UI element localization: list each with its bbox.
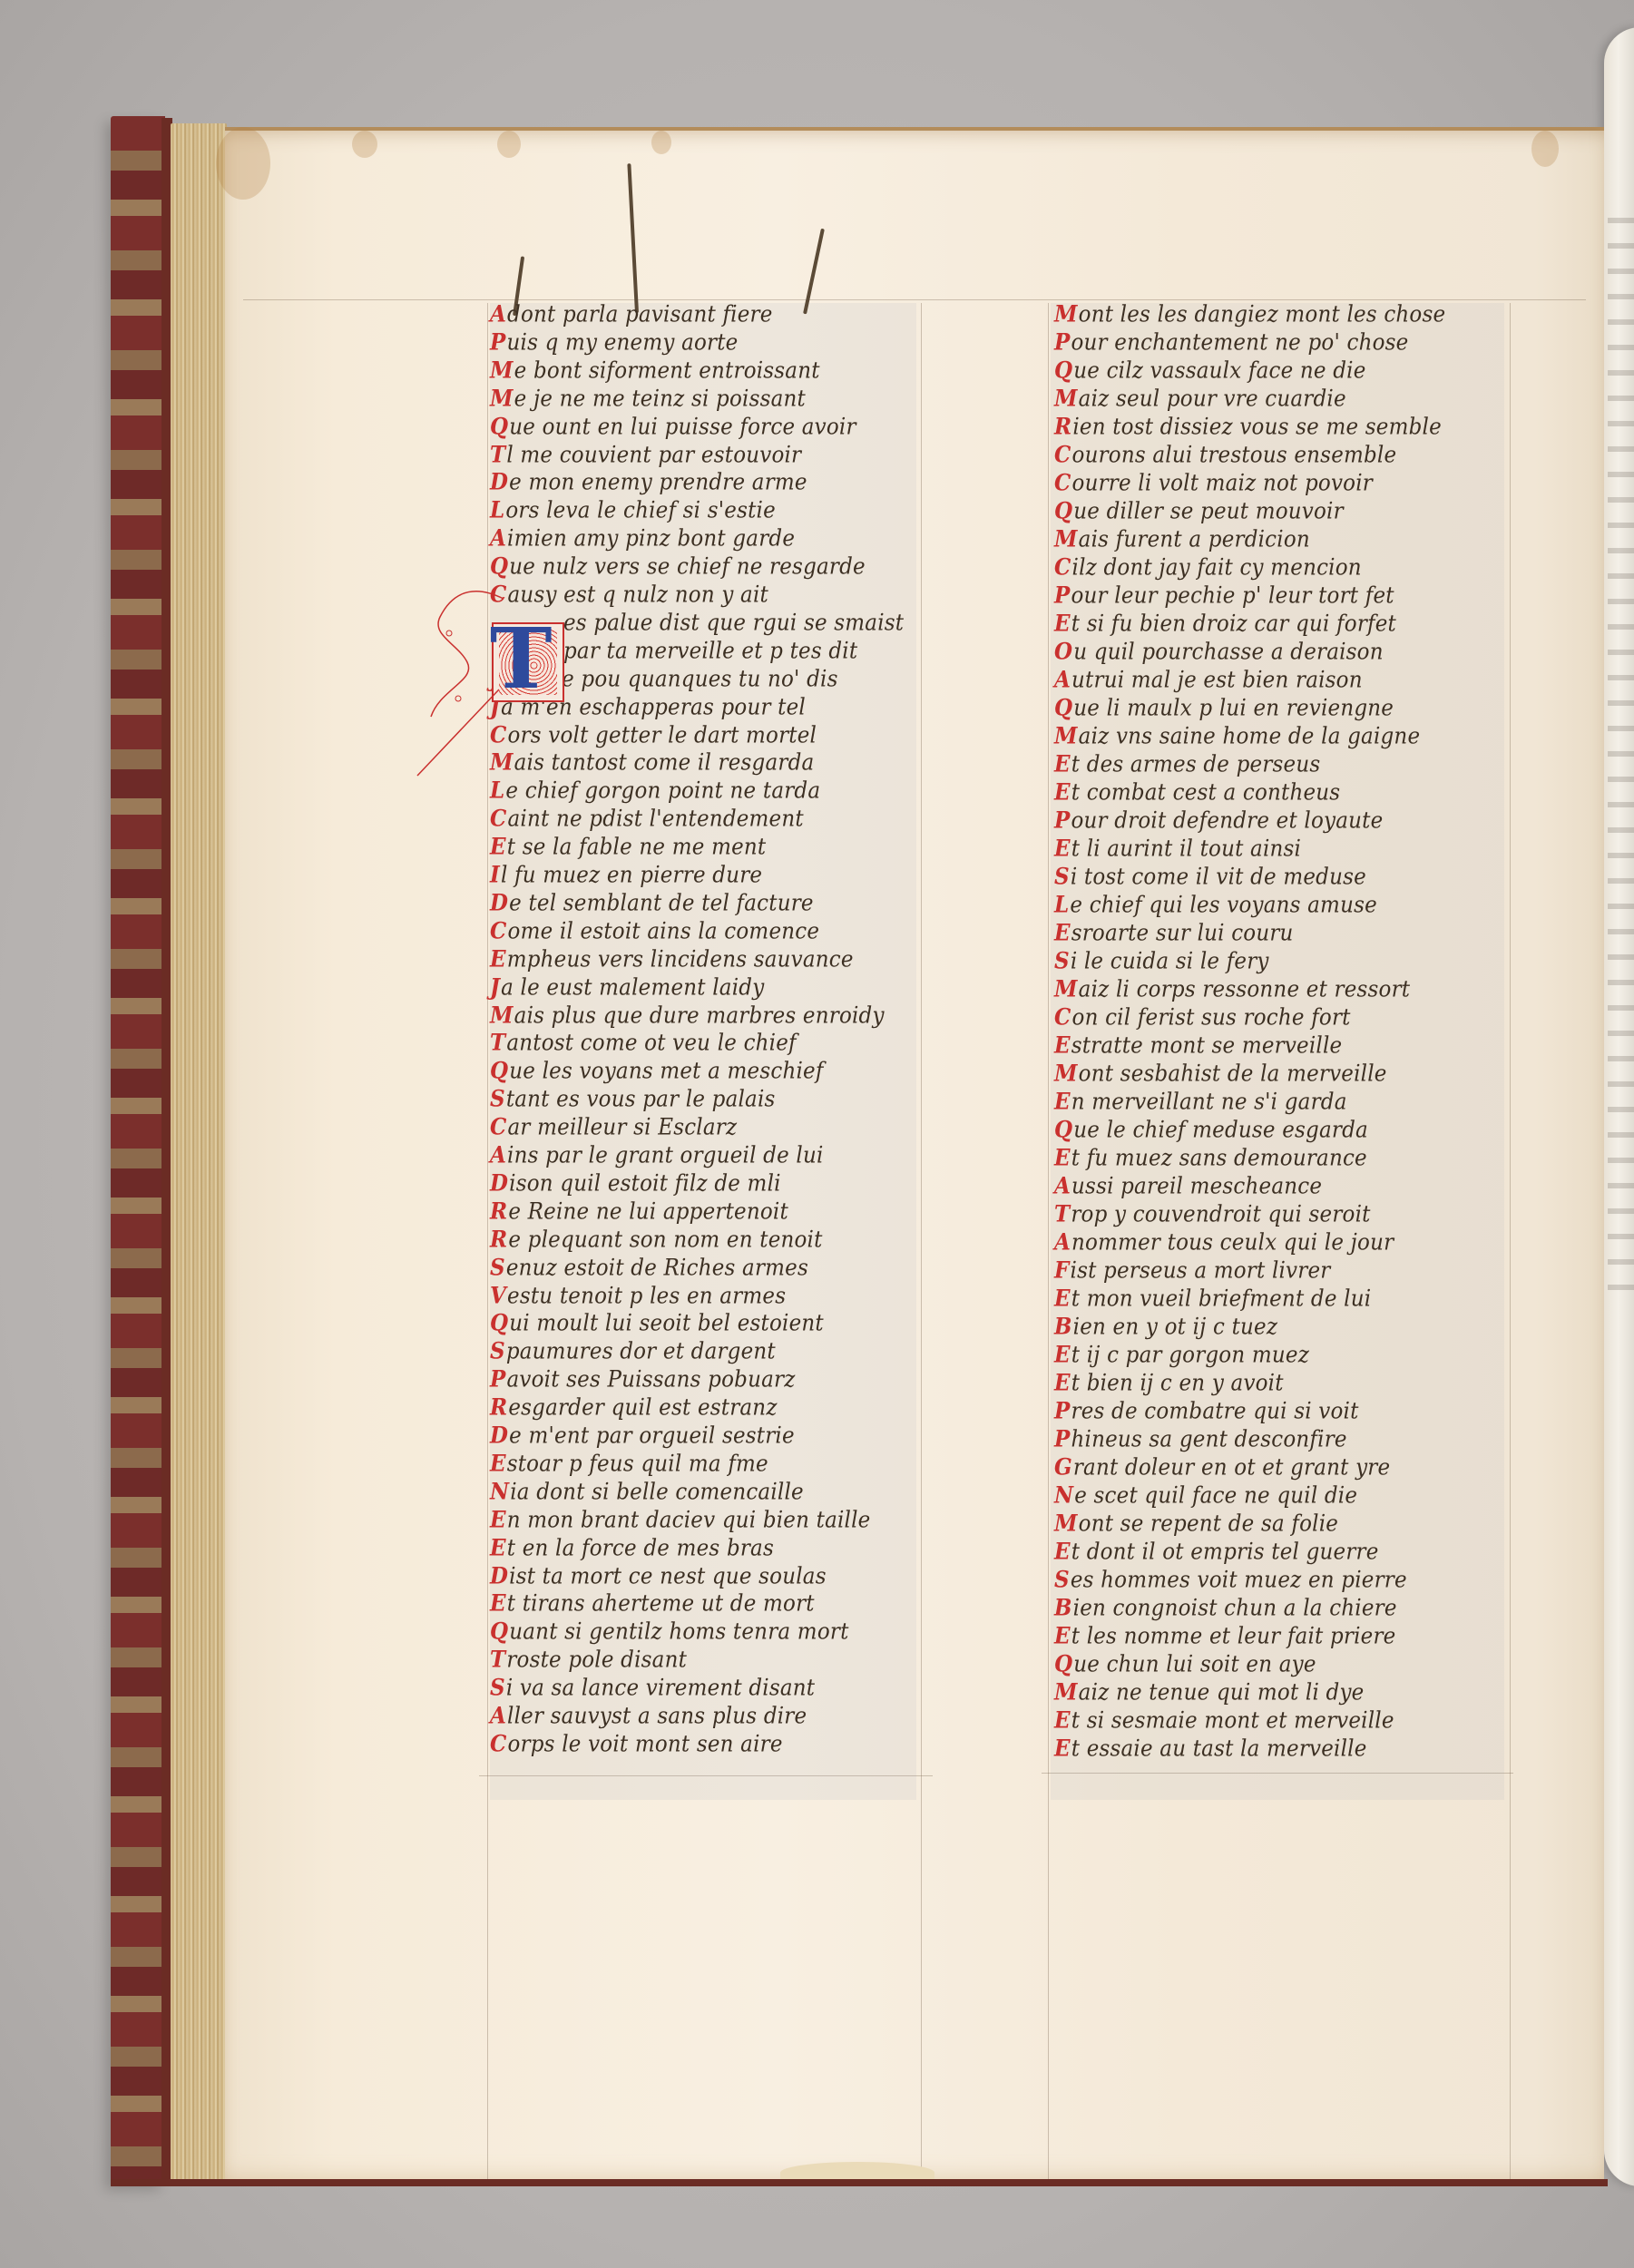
verse-line: Que li maulx p lui en reviengne: [1054, 694, 1394, 723]
verse-text: t li aurint il tout ainsi: [1071, 836, 1301, 862]
rubricated-initial: T: [1054, 1201, 1070, 1227]
verse-line: Que chun lui soit en aye: [1054, 1650, 1316, 1679]
verse-line: Que cilz vassaulx face ne die: [1054, 357, 1366, 386]
verse-text: hineus sa gent desconfire: [1071, 1427, 1347, 1452]
rubricated-initial: E: [490, 1507, 506, 1533]
verse-line: Et en la force de mes bras: [490, 1533, 774, 1562]
rubricated-initial: C: [490, 1114, 507, 1140]
verse-line: Spaumures dor et dargent: [490, 1337, 776, 1366]
rubricated-initial: E: [1054, 611, 1071, 637]
verse-text: t si fu bien droiz car qui forfet: [1071, 611, 1396, 637]
verse-line: Dison quil estoit filz de mli: [490, 1169, 781, 1198]
verse-line: Pour droit defendre et loyaute: [1054, 807, 1383, 836]
verse-text: stratte mont se merveille: [1071, 1033, 1343, 1059]
verse-line: Troste pole disant: [490, 1646, 687, 1675]
verse-line: Et tirans aherteme ut de mort: [490, 1589, 815, 1618]
verse-text: ia dont si belle comencaille: [510, 1480, 804, 1505]
rubricated-initial: C: [1054, 470, 1071, 496]
verse-text: roste pole disant: [506, 1647, 687, 1673]
verse-text: ue li maulx p lui en reviengne: [1073, 696, 1394, 721]
rubricated-initial: M: [1054, 723, 1078, 749]
verse-text: mpheus vers lincidens sauvance: [507, 947, 854, 973]
right-text-column: Mont les les dangiez mont les chosePour …: [1054, 301, 1526, 1771]
verse-text: orps le voit mont sen aire: [508, 1732, 783, 1757]
verse-text: e Reine ne lui appertenoit: [508, 1199, 788, 1225]
verse-line: Bien congnoist chun a la chiere: [1054, 1594, 1397, 1623]
rubricated-initial: T: [490, 441, 505, 467]
rubricated-initial: B: [1054, 1314, 1072, 1340]
ruling-line: [1048, 303, 1049, 2181]
verse-text: avoit ses Puissans pobuarz: [507, 1367, 796, 1393]
verse-line: Que nulz vers se chief ne resgarde: [490, 552, 866, 582]
verse-line: Mais furent a perdicion: [1054, 525, 1310, 554]
verse-text: t mon vueil briefment de lui: [1071, 1286, 1372, 1312]
rubricated-initial: M: [1054, 301, 1078, 327]
rubricated-initial: P: [490, 1366, 506, 1393]
verse-line: Cors volt getter le dart mortel: [490, 720, 817, 749]
verse-line: par ta merveille et p tes dit: [563, 637, 857, 666]
verse-text: t se la fable ne me ment: [507, 835, 767, 860]
rubricated-initial: E: [1054, 1539, 1071, 1565]
verse-text: ais furent a perdicion: [1079, 527, 1310, 552]
rubricated-initial: N: [1054, 1482, 1073, 1509]
rubricated-initial: E: [1054, 1735, 1071, 1762]
verse-text: ison quil estoit filz de mli: [509, 1171, 781, 1197]
rubricated-initial: Q: [1054, 1117, 1072, 1143]
rubricated-initial: E: [1054, 920, 1071, 946]
verse-line: Rien tost dissiez vous se me semble: [1054, 413, 1442, 442]
verse-line: Pres de combatre qui si voit: [1054, 1397, 1359, 1426]
verse-text: aint ne pdist l'entendement: [508, 807, 804, 832]
verse-text: ien en y ot ij c tuez: [1073, 1315, 1278, 1340]
verse-line: Et bien ij c en y avoit: [1054, 1369, 1284, 1398]
verse-line: Ou quil pourchasse a deraison: [1054, 638, 1384, 667]
verse-text: ue le chief meduse esgarda: [1073, 1118, 1368, 1143]
verse-text: ont sesbahist de la merveille: [1079, 1061, 1387, 1087]
verse-line: Que les voyans met a meschief: [490, 1057, 824, 1086]
verse-text: enuz estoit de Riches armes: [506, 1256, 808, 1281]
verse-line: Si le cuida si le fery: [1054, 947, 1269, 976]
verse-text: l fu muez en pierre dure: [501, 863, 762, 888]
verse-line: De tel semblant de tel facture: [490, 889, 814, 918]
verse-text: esgarder quil est estranz: [508, 1395, 777, 1421]
verse-line: Dist ta mort ce nest que soulas: [490, 1561, 827, 1590]
rubricated-initial: N: [490, 1479, 509, 1505]
rubricated-initial: R: [490, 1198, 507, 1225]
verse-text: ller sauvyst a sans plus dire: [507, 1704, 807, 1729]
rubricated-initial: A: [490, 525, 506, 552]
verse-text: ors leva le chief si s'estie: [505, 498, 776, 523]
verse-line: Maiz li corps ressonne et ressort: [1054, 975, 1410, 1004]
rubricated-initial: T: [490, 1647, 505, 1673]
rubricated-initial: C: [1054, 554, 1071, 581]
verse-text: t combat cest a contheus: [1071, 780, 1341, 806]
verse-line: De m'ent par orgueil sestrie: [490, 1422, 795, 1451]
verse-text: t les nomme et leur fait priere: [1071, 1624, 1396, 1649]
rubricated-initial: M: [490, 357, 514, 384]
rubricated-initial: P: [1054, 1426, 1071, 1452]
rubricated-initial: D: [490, 1422, 508, 1449]
rubricated-initial: M: [1054, 386, 1078, 412]
verse-text: nommer tous ceulx qui le jour: [1071, 1230, 1394, 1256]
verse-line: Aller sauvyst a sans plus dire: [490, 1702, 807, 1731]
rubricated-initial: E: [490, 1590, 506, 1617]
verse-line: Que diller se peut mouvoir: [1054, 497, 1344, 526]
verse-line: Ains par le grant orgueil de lui: [490, 1141, 824, 1170]
rubricated-initial: M: [1054, 976, 1078, 1002]
verse-line: Maiz seul pour vre cuardie: [1054, 385, 1346, 414]
verse-line: Qui moult lui seoit bel estoient: [490, 1309, 824, 1338]
rubricated-initial: E: [490, 834, 506, 860]
rubricated-initial: F: [1054, 1257, 1070, 1284]
verse-line: Come il estoit ains la comence: [490, 917, 819, 946]
rubricated-initial: R: [490, 1394, 507, 1421]
rubricated-initial: J: [490, 973, 500, 1000]
rubricated-initial: B: [1054, 1595, 1072, 1621]
rubricated-initial: E: [1054, 1032, 1071, 1059]
verse-text: ue chun lui soit en aye: [1073, 1652, 1316, 1677]
verse-line: Anommer tous ceulx qui le jour: [1054, 1228, 1394, 1257]
verse-line: Courons alui trestous ensemble: [1054, 441, 1396, 470]
verse-line: Trop y couvendroit qui seroit: [1054, 1200, 1371, 1229]
rubricated-initial: E: [490, 946, 506, 973]
verse-text: e m'ent par orgueil sestrie: [509, 1423, 795, 1449]
verse-line: Cilz dont jay fait cy mencion: [1054, 553, 1362, 582]
verse-line: Caint ne pdist l'entendement: [490, 805, 804, 834]
verse-text: t en la force de mes bras: [507, 1536, 774, 1561]
verse-text: ont se repent de sa folie: [1079, 1511, 1338, 1537]
verse-line: Si va sa lance virement disant: [490, 1674, 815, 1703]
verse-line: Et les nomme et leur fait priere: [1054, 1622, 1395, 1651]
verse-text: uis q my enemy aorte: [507, 330, 739, 356]
rubricated-initial: E: [1054, 1370, 1071, 1396]
verse-text: i tost come il vit de meduse: [1071, 865, 1366, 890]
rubricated-initial: E: [1054, 779, 1071, 806]
verse-line: Aimien amy pinz bont garde: [490, 524, 795, 553]
verse-text: e plequant son nom en tenoit: [508, 1227, 822, 1253]
verse-text: aiz li corps ressonne et ressort: [1079, 977, 1411, 1002]
book-binding-cover: [111, 116, 165, 2185]
rubricated-initial: E: [1054, 751, 1071, 777]
rubricated-initial: R: [1054, 414, 1071, 440]
rubricated-initial: S: [1054, 864, 1070, 890]
rubricated-initial: E: [1054, 1707, 1071, 1734]
rubricated-initial: Q: [490, 1618, 508, 1645]
verse-text: e bont siforment entroissant: [514, 358, 820, 384]
rubricated-initial: E: [1054, 1623, 1071, 1649]
rubricated-initial: E: [1054, 1286, 1071, 1312]
verse-line: Ja le eust malement laidy: [490, 973, 764, 1002]
rubricated-initial: S: [490, 1254, 505, 1280]
rubricated-initial: M: [1054, 1510, 1078, 1537]
verse-text: ourre li volt maiz not povoir: [1072, 471, 1373, 496]
verse-text: ors volt getter le dart mortel: [508, 722, 817, 748]
verse-text: rant doleur en ot et grant yre: [1073, 1455, 1390, 1481]
verse-line: Tantost come ot veu le chief: [490, 1029, 797, 1058]
facing-leaf-text: [1608, 218, 1634, 1306]
verse-text: aiz seul pour vre cuardie: [1079, 386, 1346, 412]
verse-line: Estoar p feus quil ma fme: [490, 1450, 768, 1479]
verse-line: Resgarder quil est estranz: [490, 1393, 778, 1422]
verse-line: Et mon vueil briefment de lui: [1054, 1285, 1371, 1314]
verse-line: Maiz ne tenue qui mot li dye: [1054, 1678, 1364, 1707]
verse-text: ais plus que dure marbres enroidy: [514, 1002, 885, 1028]
verse-line: Et si fu bien droiz car qui forfet: [1054, 610, 1396, 639]
rubricated-initial: A: [490, 1703, 506, 1729]
verse-text: paumures dor et dargent: [506, 1339, 776, 1364]
rubricated-initial: D: [490, 1562, 508, 1589]
verse-line: Que ount en lui puisse force avoir: [490, 412, 856, 441]
verse-line: Et si sesmaie mont et merveille: [1054, 1706, 1394, 1735]
verse-line: Le chief gorgon point ne tarda: [490, 777, 820, 806]
rubricated-initial: E: [1054, 1145, 1071, 1171]
verse-line: Et li aurint il tout ainsi: [1054, 835, 1301, 864]
rubricated-initial: M: [490, 386, 514, 412]
verse-line: Con cil ferist sus roche fort: [1054, 1003, 1351, 1032]
verse-line: Empheus vers lincidens sauvance: [490, 944, 854, 973]
verse-text: antost come ot veu le chief: [506, 1031, 796, 1056]
verse-line: Et fu muez sans demourance: [1054, 1144, 1367, 1173]
verse-text: ome il estoit ains la comence: [508, 919, 820, 944]
rubricated-initial: L: [1054, 892, 1069, 918]
verse-line: De mon enemy prendre arme: [490, 468, 807, 497]
verse-line: Fist perseus a mort livrer: [1054, 1256, 1330, 1286]
verse-text: t essaie au tast la merveille: [1071, 1736, 1367, 1762]
verse-line: Me bont siforment entroissant: [490, 357, 820, 386]
rubricated-initial: Q: [1054, 357, 1072, 384]
verse-text: aiz vns saine home de la gaigne: [1079, 724, 1421, 749]
verse-text: ourons alui trestous ensemble: [1072, 443, 1397, 468]
rubricated-initial: E: [490, 1451, 506, 1477]
rubricated-initial: S: [490, 1086, 505, 1112]
rubricated-initial: E: [1054, 836, 1071, 862]
water-stain: [1531, 131, 1559, 167]
verse-text: ist perseus a mort livrer: [1071, 1258, 1331, 1284]
verse-line: Aussi pareil mescheance: [1054, 1172, 1322, 1201]
verse-text: estu tenoit p les en armes: [507, 1283, 786, 1308]
rubricated-initial: M: [1054, 1061, 1078, 1087]
verse-line: Corps le voit mont sen aire: [490, 1730, 783, 1759]
verse-text: ont les les dangiez mont les chose: [1079, 302, 1446, 327]
verse-line: Ses hommes voit muez en pierre: [1054, 1566, 1407, 1595]
rubricated-initial: D: [490, 890, 508, 916]
verse-text: t si sesmaie mont et merveille: [1071, 1708, 1394, 1734]
rubricated-initial: L: [490, 777, 504, 804]
left-text-column: Adont parla pavisant fierePuis q my enem…: [490, 301, 944, 1771]
verse-line: Nia dont si belle comencaille: [490, 1478, 804, 1507]
verse-text: n mon brant daciev qui bien taille: [507, 1508, 871, 1533]
verse-line: Senuz estoit de Riches armes: [490, 1253, 808, 1282]
verse-text: ui moult lui seoit bel estoient: [509, 1311, 824, 1336]
rubricated-initial: E: [1054, 1342, 1071, 1368]
rubricated-initial: S: [1054, 948, 1070, 974]
verse-text: ist ta mort ce nest que soulas: [509, 1563, 827, 1589]
rubricated-initial: M: [1054, 526, 1078, 552]
rubricated-initial: A: [490, 301, 506, 327]
verse-line: Courre li volt maiz not povoir: [1054, 469, 1373, 498]
verse-text: e mon enemy prendre arme: [509, 470, 807, 495]
rubricated-initial: Q: [490, 413, 508, 439]
verse-text: rop y couvendroit qui seroit: [1071, 1202, 1370, 1227]
verse-text: ais tantost come il resgarda: [514, 750, 815, 776]
verse-text: res de combatre qui si voit: [1071, 1399, 1359, 1424]
verse-line: Re Reine ne lui appertenoit: [490, 1198, 788, 1227]
rubricated-initial: M: [1054, 1679, 1078, 1706]
verse-line: Stant es vous par le palais: [490, 1085, 776, 1114]
verse-line: Mont se repent de sa folie: [1054, 1510, 1338, 1539]
rubricated-initial: P: [1054, 1398, 1071, 1424]
verse-text: l me couvient par estouvoir: [506, 442, 801, 467]
rubricated-initial: E: [1054, 1089, 1071, 1115]
verse-line: En mon brant daciev qui bien taille: [490, 1505, 870, 1534]
verse-line: Vestu tenoit p les en armes: [490, 1281, 786, 1310]
verse-line: Me je ne me teinz si poissant: [490, 384, 806, 413]
rubricated-initial: P: [1054, 329, 1071, 356]
verse-text: ins par le grant orgueil de lui: [507, 1143, 823, 1168]
verse-text: ue ount en lui puisse force avoir: [509, 415, 856, 440]
verse-text: ue diller se peut mouvoir: [1073, 499, 1344, 524]
verse-text: t des armes de perseus: [1071, 752, 1321, 777]
page-stack-edges: [171, 123, 227, 2181]
verse-text: imien amy pinz bont garde: [507, 526, 795, 552]
rubricated-initial: S: [490, 1675, 505, 1701]
water-stain: [352, 131, 377, 158]
rubricated-initial: A: [490, 1142, 506, 1168]
verse-text: t fu muez sans demourance: [1071, 1146, 1367, 1171]
rubricated-initial: Q: [1054, 498, 1072, 524]
verse-line: Adont parla pavisant fiere: [490, 300, 773, 329]
verse-line: Et ij c par gorgon muez: [1054, 1341, 1309, 1370]
rubricated-initial: Q: [1054, 695, 1072, 721]
water-stain: [497, 131, 521, 158]
rubricated-initial: G: [1054, 1454, 1072, 1481]
verse-text: par ta merveille et p tes dit: [563, 639, 857, 664]
verse-text: es palue dist que rgui se smaist: [563, 611, 904, 636]
verse-line: Mais plus que dure marbres enroidy: [490, 1001, 885, 1030]
verse-line: Et des armes de perseus: [1054, 750, 1320, 779]
verse-line: Estratte mont se merveille: [1054, 1031, 1342, 1061]
verse-line: Grant doleur en ot et grant yre: [1054, 1453, 1390, 1482]
verse-line: Et essaie au tast la merveille: [1054, 1735, 1367, 1764]
verse-text: utrui mal je est bien raison: [1071, 668, 1363, 693]
verse-line: Esroarte sur lui couru: [1054, 919, 1294, 948]
rubricated-initial: L: [490, 497, 504, 523]
rubricated-initial: C: [1054, 1004, 1071, 1031]
verse-text: ien tost dissiez vous se me semble: [1072, 415, 1442, 440]
rubricated-initial: C: [1054, 442, 1071, 468]
verse-text: uant si gentilz homs tenra mort: [509, 1619, 848, 1645]
red-pen-flourish: [413, 562, 513, 780]
rubricated-initial: A: [1054, 1229, 1071, 1256]
rubricated-initial: C: [490, 1731, 507, 1757]
verse-line: En merveillant ne s'i garda: [1054, 1088, 1347, 1117]
rubricated-initial: D: [490, 469, 508, 495]
verse-text: t tirans aherteme ut de mort: [507, 1591, 815, 1617]
verse-line: Pour leur pechie p' leur tort fet: [1054, 582, 1394, 611]
verse-line: Si tost come il vit de meduse: [1054, 863, 1366, 892]
rubricated-initial: A: [1054, 667, 1071, 693]
verse-line: Quant si gentilz homs tenra mort: [490, 1618, 849, 1647]
verse-text: n merveillant ne s'i garda: [1071, 1090, 1347, 1115]
rubricated-initial: E: [490, 1534, 506, 1560]
verse-text: ussi pareil mescheance: [1071, 1174, 1322, 1199]
rubricated-initial: Q: [1054, 1651, 1072, 1677]
verse-text: our droit defendre et loyaute: [1071, 808, 1384, 834]
verse-line: Et dont il ot empris tel guerre: [1054, 1538, 1379, 1567]
rubricated-initial: S: [490, 1338, 505, 1364]
verse-text: stoar p feus quil ma fme: [507, 1452, 768, 1477]
rubricated-initial: Q: [490, 1058, 508, 1084]
verse-text: e chief gorgon point ne tarda: [505, 778, 820, 804]
verse-line: Puis q my enemy aorte: [490, 328, 739, 357]
verse-line: Lors leva le chief si s'estie: [490, 496, 776, 525]
rubricated-initial: V: [490, 1282, 506, 1308]
rubricated-initial: R: [490, 1227, 507, 1253]
verse-text: t ij c par gorgon muez: [1071, 1343, 1309, 1368]
rubricated-initial: I: [490, 862, 500, 888]
verse-line: Mais tantost come il resgarda: [490, 748, 814, 777]
verse-text: ue cilz vassaulx face ne die: [1073, 358, 1365, 384]
verse-line: Que le chief meduse esgarda: [1054, 1116, 1368, 1145]
verse-text: a le eust malement laidy: [501, 975, 764, 1001]
verse-text: ar meilleur si Esclarz: [508, 1115, 738, 1140]
verse-text: e scet quil face ne quil die: [1074, 1483, 1357, 1509]
verse-text: ausy est q nulz non y ait: [508, 582, 768, 608]
verse-line: Phineus sa gent desconfire: [1054, 1425, 1347, 1454]
verse-line: Car meilleur si Esclarz: [490, 1113, 737, 1142]
rubricated-initial: D: [490, 1170, 508, 1197]
rubricated-initial: S: [1054, 1567, 1070, 1593]
verse-line: es palue dist que rgui se smaist: [563, 609, 904, 638]
verse-text: aiz ne tenue qui mot li dye: [1079, 1680, 1365, 1706]
rubricated-initial: M: [490, 1002, 514, 1028]
verse-line: Autrui mal je est bien raison: [1054, 666, 1363, 695]
rubricated-initial: Q: [490, 1310, 508, 1336]
verse-text: i le cuida si le fery: [1071, 949, 1269, 974]
verse-text: ue nulz vers se chief ne resgarde: [509, 554, 866, 580]
water-stain: [216, 127, 270, 200]
verse-text: e chief qui les voyans amuse: [1070, 893, 1377, 918]
verse-text: e je ne me teinz si poissant: [514, 386, 806, 412]
verse-text: ue les voyans met a meschief: [509, 1059, 823, 1084]
rubricated-initial: P: [490, 329, 506, 356]
verse-text: e tel semblant de tel facture: [509, 891, 814, 916]
verse-text: sroarte sur lui couru: [1071, 921, 1294, 946]
verse-line: Et se la fable ne me ment: [490, 833, 766, 862]
verse-line: Le chief qui les voyans amuse: [1054, 891, 1377, 920]
verse-text: tant es vous par le palais: [506, 1087, 776, 1112]
verse-line: Re plequant son nom en tenoit: [490, 1225, 823, 1254]
verse-line: Maiz vns saine home de la gaigne: [1054, 722, 1420, 751]
verse-text: dont parla pavisant fiere: [507, 302, 773, 327]
rubricated-initial: C: [490, 806, 507, 832]
verse-line: Et combat cest a contheus: [1054, 778, 1340, 807]
verse-text: our enchantement ne po' chose: [1071, 330, 1409, 356]
verse-text: es hommes voit muez en pierre: [1071, 1568, 1407, 1593]
verse-line: Pour enchantement ne po' chose: [1054, 328, 1408, 357]
verse-line: Il fu muez en pierre dure: [490, 861, 762, 890]
rubricated-initial: A: [1054, 1173, 1071, 1199]
verse-text: u quil pourchasse a deraison: [1073, 640, 1383, 665]
verse-line: Mont sesbahist de la merveille: [1054, 1060, 1387, 1089]
rubricated-initial: T: [490, 1030, 505, 1056]
rubricated-initial: O: [1054, 639, 1072, 665]
binding-bottom-edge: [111, 2179, 1608, 2186]
verse-text: ien congnoist chun a la chiere: [1073, 1596, 1397, 1621]
rubricated-initial: C: [490, 918, 507, 944]
rubricated-initial: P: [1054, 582, 1071, 609]
verse-text: i va sa lance virement disant: [506, 1676, 815, 1701]
